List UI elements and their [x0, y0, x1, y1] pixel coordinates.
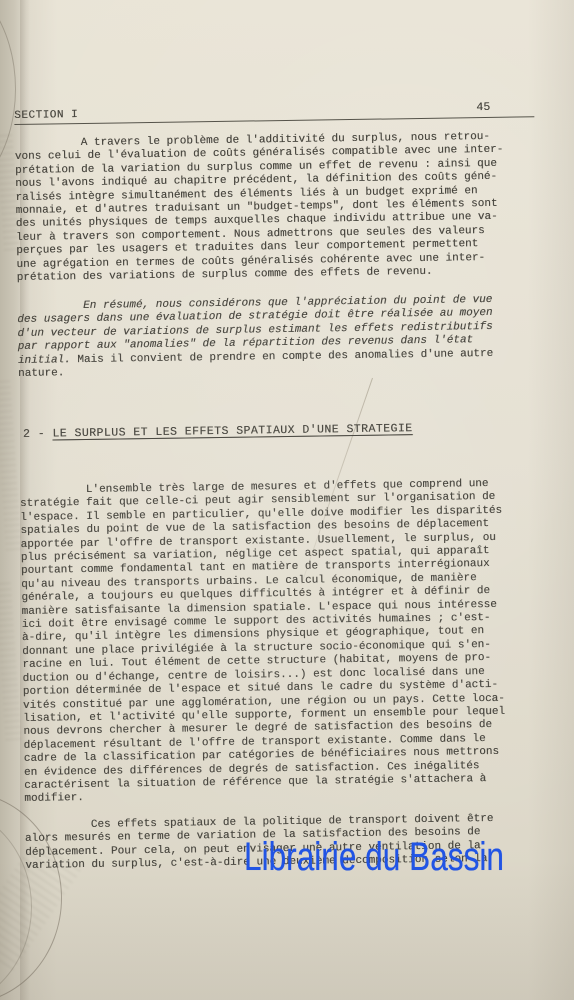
section-2-heading-number: 2 - — [23, 427, 53, 440]
page-header-rule: SECTION I 45 — [14, 92, 534, 125]
paragraph-additivite-surplus: A travers le problème de l'additivité du… — [15, 130, 537, 285]
paragraph-en-resume: En résumé, nous considérons que l'appréc… — [17, 293, 538, 381]
paragraph-en-resume-regular: Mais il convient de prendre en compte de… — [18, 348, 493, 380]
section-header: SECTION I — [14, 109, 78, 123]
page-number: 45 — [476, 101, 490, 115]
paragraph-ensemble-mesures: L'ensemble très large de mesures et d'ef… — [20, 477, 545, 806]
section-2-heading: 2 - LE SURPLUS ET LES EFFETS SPATIAUX D'… — [23, 422, 413, 441]
section-2-heading-title: LE SURPLUS ET LES EFFETS SPATIAUX D'UNE … — [52, 422, 412, 440]
book-page-photo: SECTION I 45 A travers le problème de l'… — [0, 0, 574, 1000]
watermark-librairie-du-bassin: Librairie du Bassin — [244, 835, 504, 880]
